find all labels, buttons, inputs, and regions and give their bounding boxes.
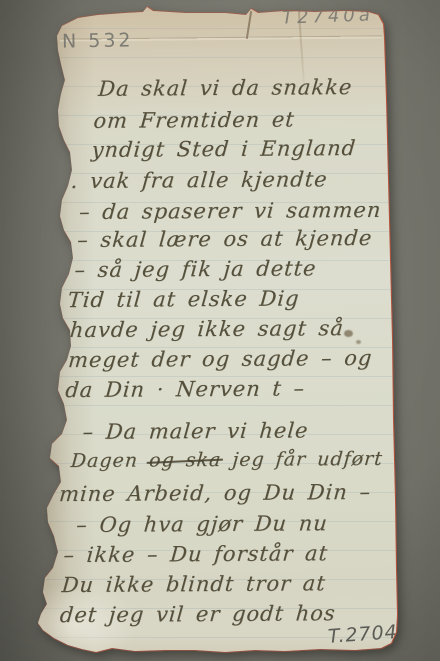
manuscript-line: havde jeg ikke sagt så (69, 316, 345, 342)
paper-shadow-wrap: N 532 T2740a T.2704a Da skal vi da snakk… (0, 0, 440, 661)
manuscript-line: det jeg vil er godt hos (59, 601, 337, 627)
manuscript-paper: N 532 T2740a T.2704a Da skal vi da snakk… (0, 0, 440, 661)
manuscript-line: – da spaserer vi sammen (78, 198, 382, 224)
photo-background: N 532 T2740a T.2704a Da skal vi da snakk… (0, 0, 440, 661)
manuscript-line: Tid til at elske Dig (67, 286, 301, 312)
manuscript-line: – så jeg fik ja dette (74, 256, 318, 282)
manuscript-line: – ikke – Du forstår at (63, 541, 329, 567)
manuscript-line: Du ikke blindt tror at (61, 571, 327, 597)
struck-through-word: og ska (148, 449, 222, 472)
manuscript-text: Da skal vi da snakkeom Fremtiden etyndig… (0, 0, 440, 661)
manuscript-line: Da skal vi da snakke (97, 75, 353, 101)
manuscript-line: . vak fra alle kjendte (70, 167, 329, 193)
manuscript-line: – skal lære os at kjende (76, 226, 373, 252)
manuscript-line: – Og hva gjør Du nu (75, 511, 328, 537)
manuscript-line: yndigt Sted i England (91, 136, 357, 162)
manuscript-line: Dagen og ska jeg får udført (70, 448, 384, 472)
manuscript-line: meget der og sagde – og (67, 346, 373, 372)
manuscript-line: mine Arbeid, og Du Din – (58, 480, 372, 506)
manuscript-line: da Din · Nerven t – (64, 376, 306, 402)
manuscript-line: om Fremtiden et (93, 107, 296, 132)
manuscript-line: – Da maler vi hele (82, 418, 310, 444)
